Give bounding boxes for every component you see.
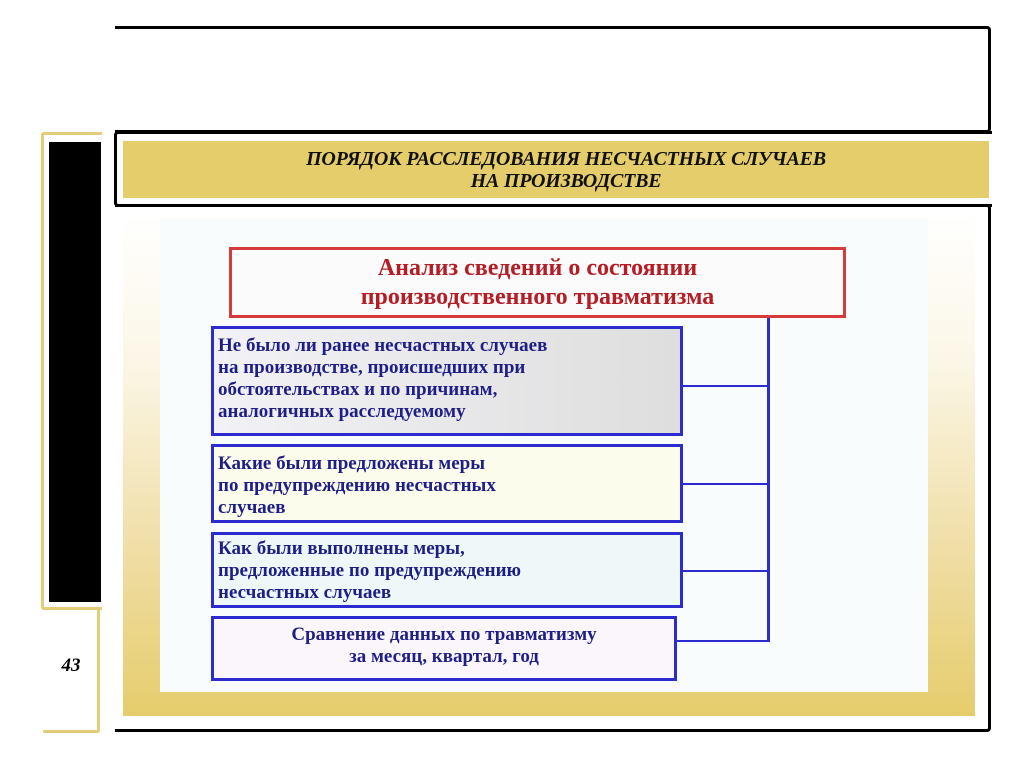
item-4-line-2: за месяц, квартал, год	[218, 646, 670, 668]
item-1-line-1: Не было ли ранее несчастных случаев	[218, 335, 676, 357]
item-1-line-4: аналогичных расследуемому	[218, 401, 676, 423]
page-number: 43	[50, 655, 92, 677]
connector-item-1	[683, 385, 769, 387]
diagram-item-injury-comparison: Сравнение данных по травматизму за месяц…	[211, 616, 677, 681]
diagram-item-previous-accidents: Не было ли ранее несчастных случаев на п…	[211, 326, 683, 436]
diagram-title-line-2: производственного травматизма	[361, 283, 715, 312]
connector-item-2	[683, 483, 769, 485]
diagram-title-line-1: Анализ сведений о состоянии	[378, 254, 697, 283]
item-2-line-2: по предупреждению несчастных	[218, 475, 676, 497]
connector-vertical	[767, 318, 770, 642]
diagram-item-measures-implemented: Как были выполнены меры, предложенные по…	[211, 532, 683, 608]
slide-title-line-1: ПОРЯДОК РАССЛЕДОВАНИЯ НЕСЧАСТНЫХ СЛУЧАЕВ	[306, 148, 826, 170]
item-4-line-1: Сравнение данных по травматизму	[218, 624, 670, 646]
item-3-line-1: Как были выполнены меры,	[218, 538, 676, 560]
diagram-title-box: Анализ сведений о состоянии производстве…	[229, 247, 846, 318]
slide-title-line-2: НА ПРОИЗВОДСТВЕ	[471, 170, 662, 192]
slide-title: ПОРЯДОК РАССЛЕДОВАНИЯ НЕСЧАСТНЫХ СЛУЧАЕВ…	[123, 141, 989, 198]
item-2-line-1: Какие были предложены меры	[218, 453, 676, 475]
item-2-line-3: случаев	[218, 497, 676, 519]
connector-item-4	[677, 640, 769, 642]
item-3-line-3: несчастных случаев	[218, 582, 676, 604]
connector-item-3	[683, 570, 769, 572]
item-1-line-2: на производстве, происшедших при	[218, 357, 676, 379]
item-1-line-3: обстоятельствах и по причинам,	[218, 379, 676, 401]
diagram-item-proposed-measures: Какие были предложены меры по предупрежд…	[211, 444, 683, 523]
slide: 43 ПОРЯДОК РАССЛЕДОВАНИЯ НЕСЧАСТНЫХ СЛУЧ…	[0, 0, 1024, 767]
top-frame	[115, 26, 991, 133]
left-black-bar	[49, 142, 101, 602]
item-3-line-2: предложенные по предупреждению	[218, 560, 676, 582]
